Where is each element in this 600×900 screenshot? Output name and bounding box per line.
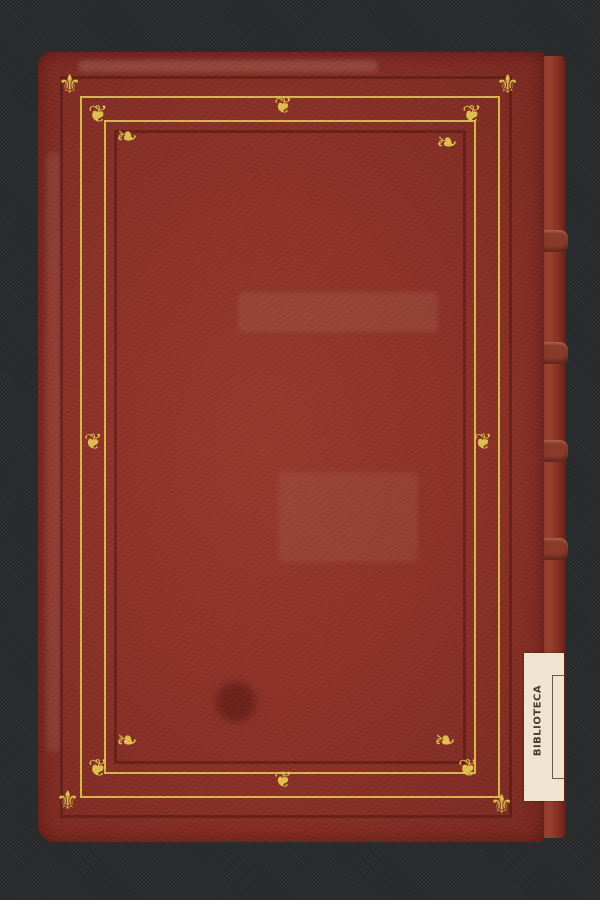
leaf-ornament: ❧ [116, 124, 138, 150]
stain [216, 682, 256, 722]
outer-gilt-frame [80, 96, 500, 798]
inner-gilt-frame [104, 120, 476, 774]
leaf-ornament: ❧ [436, 130, 458, 156]
library-spine-label: BIBLIOTECA [524, 653, 564, 801]
spine-band [542, 230, 568, 252]
book: ⚜ ⚜ ⚜ ⚜ ❦ ❦ ❦ ❦ ❧ ❧ ❧ ❧ ❦ ❦ ❦ ❦ [38, 52, 566, 842]
wear-mark [78, 60, 378, 72]
wear-mark [46, 152, 60, 752]
scroll-ornament: ❦ [88, 756, 108, 780]
spine-band [542, 538, 568, 560]
scroll-ornament: ❦ [274, 96, 292, 118]
scroll-ornament: ❦ [88, 102, 108, 126]
scroll-ornament: ❦ [474, 432, 492, 454]
book-cover: ⚜ ⚜ ⚜ ⚜ ❦ ❦ ❦ ❦ ❧ ❧ ❧ ❧ ❦ ❦ ❦ ❦ [38, 52, 544, 842]
fleur-de-lis-ornament: ⚜ [490, 792, 513, 818]
fleur-de-lis-ornament: ⚜ [58, 72, 81, 98]
scroll-ornament: ❦ [274, 770, 292, 792]
scroll-ornament: ❦ [462, 102, 482, 126]
blind-tooled-border [60, 76, 512, 818]
scroll-ornament: ❦ [458, 756, 478, 780]
label-box [552, 675, 565, 779]
fleur-de-lis-ornament: ⚜ [496, 72, 519, 98]
fleur-de-lis-ornament: ⚜ [56, 788, 79, 814]
label-text: BIBLIOTECA [533, 671, 544, 771]
wear-mark [238, 292, 438, 332]
leaf-ornament: ❧ [116, 728, 138, 754]
inner-blind-border [114, 130, 466, 764]
spine-band [542, 440, 568, 462]
scroll-ornament: ❦ [84, 432, 102, 454]
leaf-ornament: ❧ [434, 728, 456, 754]
wear-mark [278, 472, 418, 562]
spine-band [542, 342, 568, 364]
